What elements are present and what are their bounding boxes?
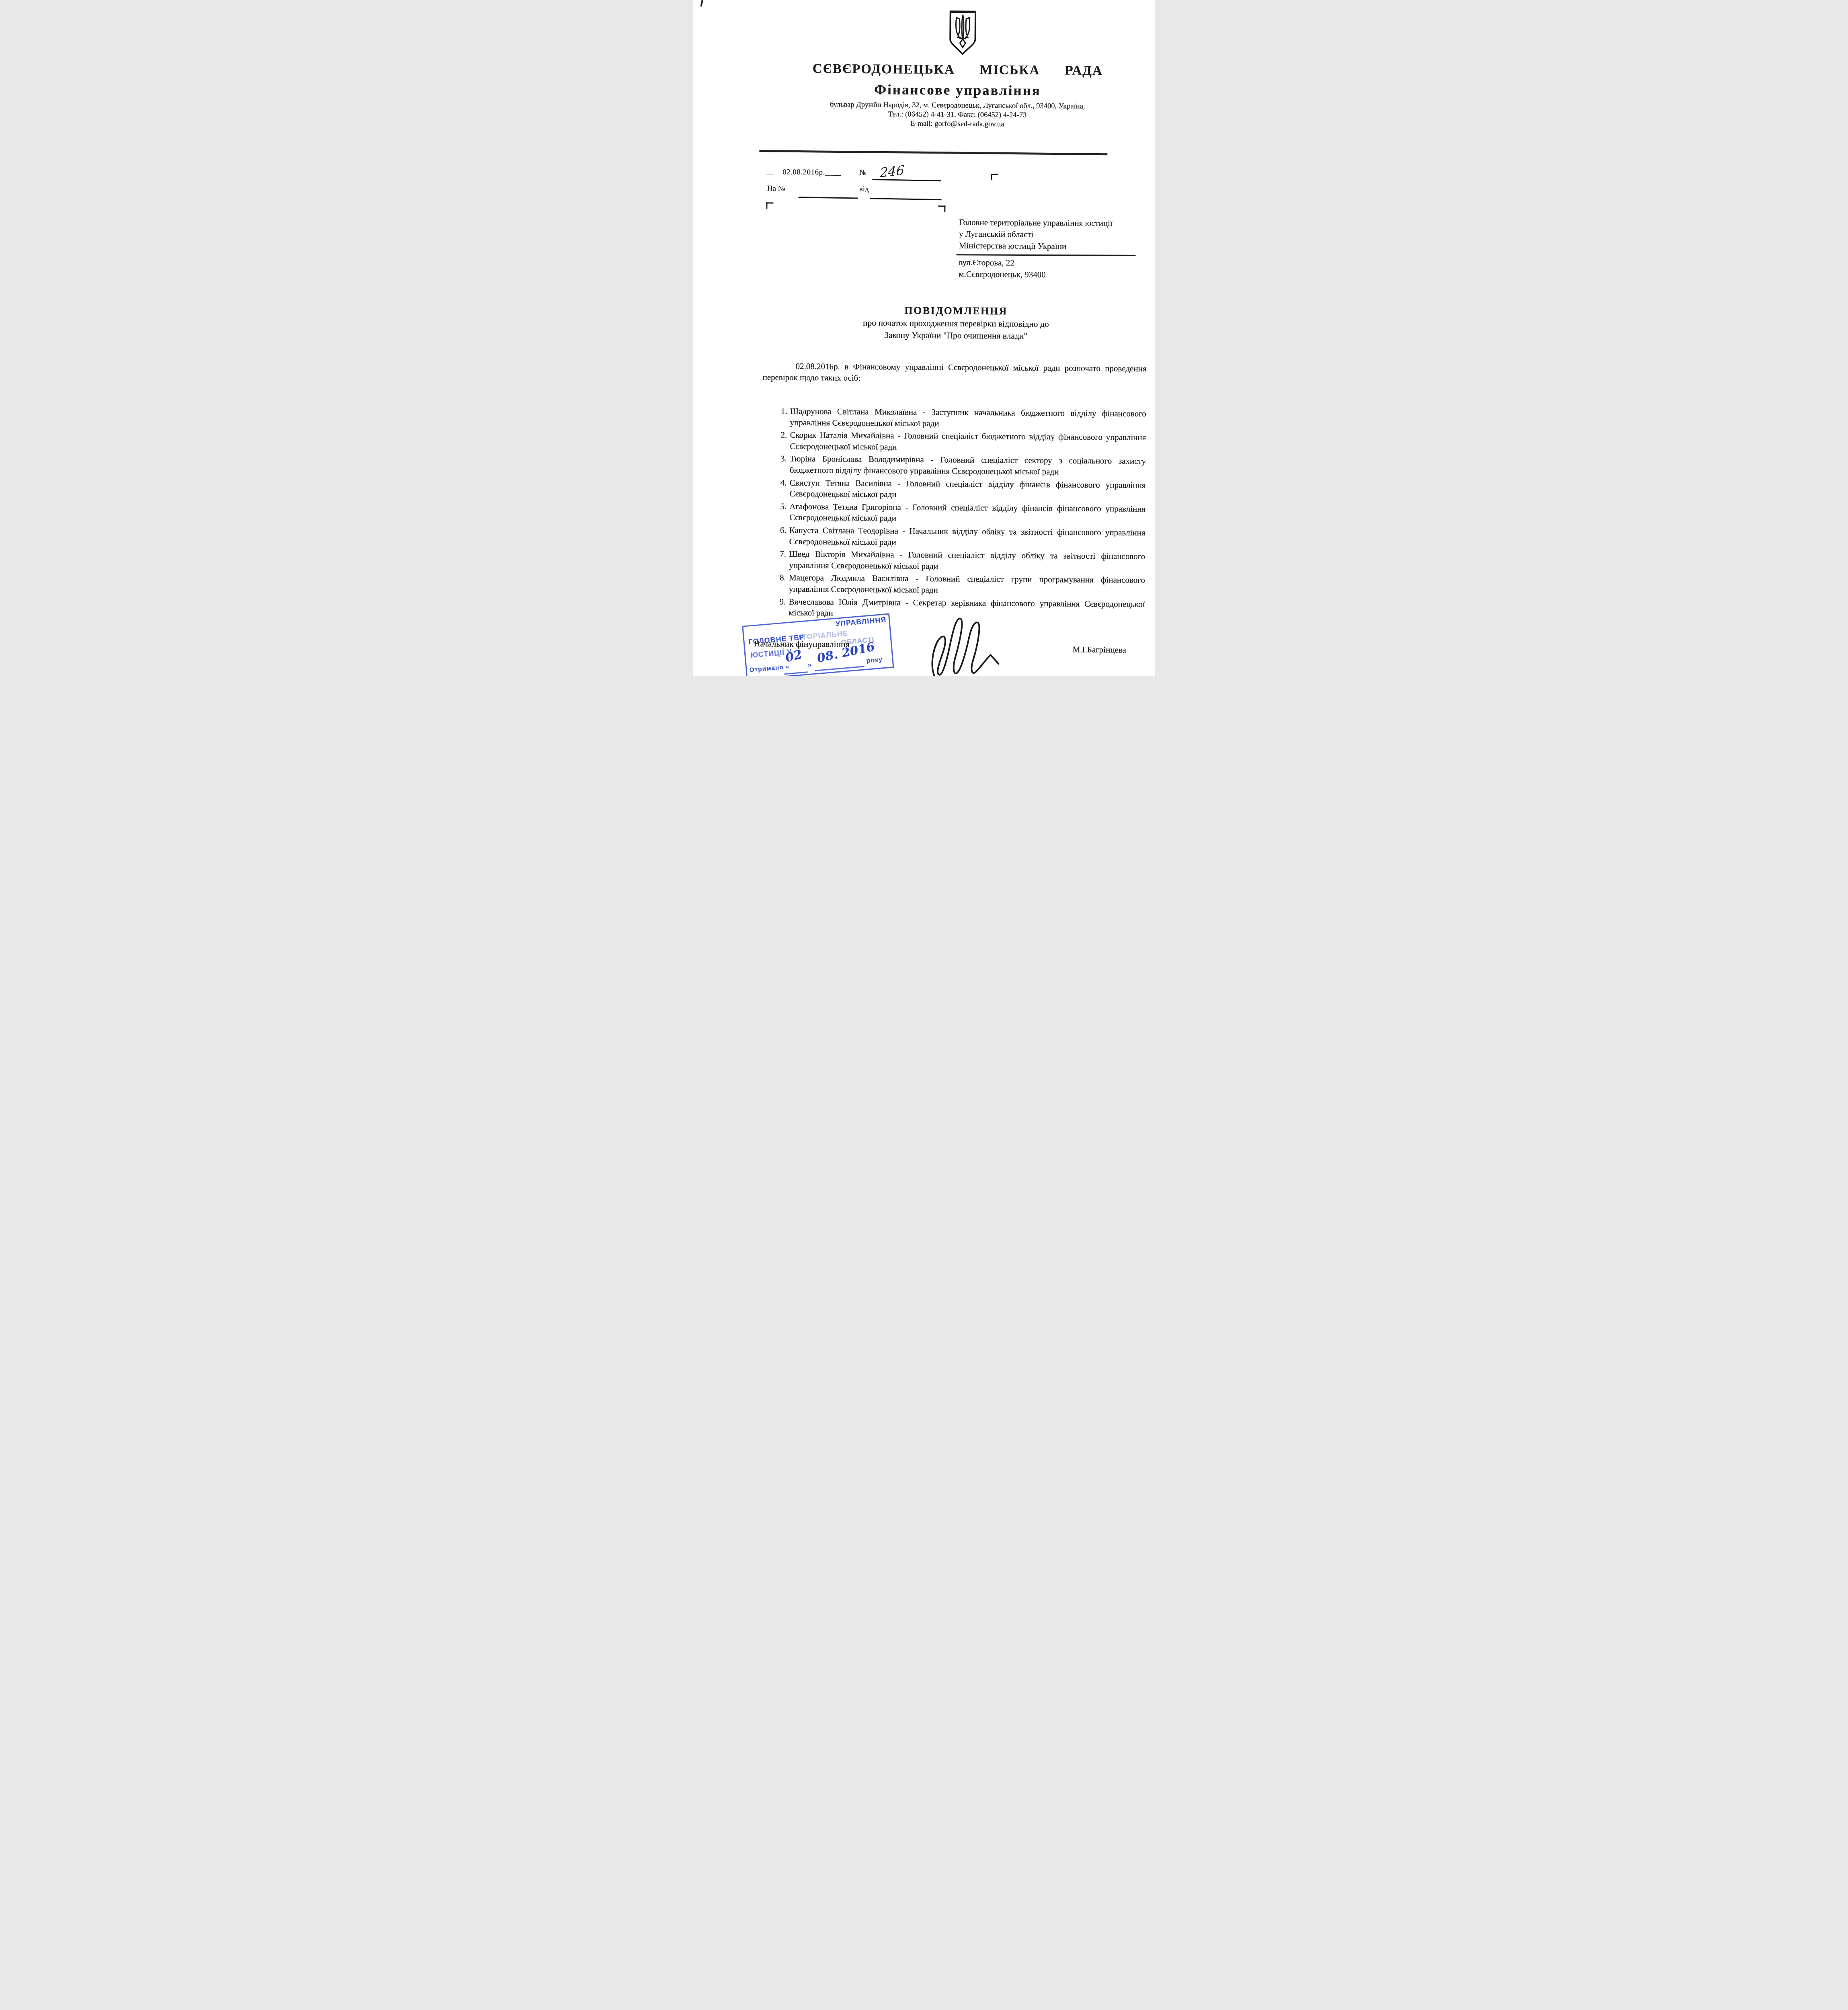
person-list-item: Швед Вікторія Михайлівна - Головний спец… bbox=[788, 549, 1145, 573]
department-name: Фінансове управління bbox=[744, 81, 1155, 100]
trident-emblem-icon bbox=[947, 10, 978, 57]
stamp-year-label: року bbox=[866, 656, 883, 665]
recipient-line-3: Міністерства юстиції України bbox=[959, 241, 1067, 252]
letterhead-divider-rule bbox=[759, 150, 1107, 155]
stamp-quote-close: » bbox=[807, 661, 812, 669]
person-list-item: Мацегора Людмила Василівна - Головний сп… bbox=[788, 572, 1145, 597]
outgoing-date: ____02.08.2016р.____ bbox=[766, 168, 841, 177]
reply-from-label: від bbox=[859, 185, 869, 194]
number-underline bbox=[872, 179, 941, 181]
reply-to-number-label: На № bbox=[767, 184, 785, 193]
recipient-line-2: у Луганській області bbox=[959, 229, 1034, 240]
document-content: СЄВЄРОДОНЕЦЬКА МІСЬКА РАДА Фінансове упр… bbox=[693, 0, 1155, 676]
recipient-underline bbox=[957, 254, 1136, 256]
fold-mark bbox=[991, 174, 998, 180]
scanned-letter-page: СЄВЄРОДОНЕЦЬКА МІСЬКА РАДА Фінансове упр… bbox=[693, 0, 1155, 676]
intro-paragraph: 02.08.2016р. в Фінансовому управлінні Сє… bbox=[762, 361, 1146, 386]
recipient-city: м.Сєвєродонецьк, 93400 bbox=[959, 269, 1046, 280]
person-list-item: Агафонова Тетяна Григорівна - Головний с… bbox=[789, 501, 1145, 525]
signature-scribble bbox=[928, 614, 1001, 676]
reply-number-blank bbox=[799, 197, 858, 199]
org-name: СЄВЄРОДОНЕЦЬКА МІСЬКА РАДА bbox=[745, 61, 1155, 79]
signer-position: Начальник фінуправління bbox=[754, 639, 850, 650]
person-list-item: Капуста Світлана Теодорівна - Начальник … bbox=[788, 525, 1145, 550]
recipient-line-1: Головне територіальне управління юстиції bbox=[959, 217, 1112, 229]
document-subtitle-1: про початок проходження перевірки відпов… bbox=[743, 317, 1155, 330]
person-list-item: Свистун Тетяна Василівна - Головний спец… bbox=[789, 477, 1145, 502]
stamp-date-underline bbox=[815, 666, 865, 671]
reply-date-blank bbox=[870, 198, 942, 200]
person-list-item: Шадрунова Світлана Миколаївна - Заступни… bbox=[789, 406, 1146, 431]
persons-list: Шадрунова Світлана Миколаївна - Заступни… bbox=[761, 406, 1146, 622]
document-title: ПОВІДОМЛЕННЯ bbox=[743, 304, 1155, 318]
handwritten-outgoing-number: 246 bbox=[880, 162, 905, 180]
person-list-item: Скорик Наталія Михайлівна - Головний спе… bbox=[789, 430, 1146, 454]
signer-name: М.І.Багрінцева bbox=[1073, 645, 1126, 655]
stamp-received-label: Отримано « bbox=[749, 663, 790, 674]
document-subtitle-2: Закону України "Про очищення влади" bbox=[743, 329, 1155, 342]
fold-mark bbox=[766, 202, 773, 209]
stamp-day-underline bbox=[785, 671, 808, 675]
stamp-org-fragment-right: УПРАВЛІННЯ bbox=[835, 615, 887, 628]
recipient-street: вул.Єгорова, 22 bbox=[959, 258, 1014, 268]
email-line: E-mail: gorfo@sed-rada.gov.ua bbox=[744, 119, 1155, 130]
fold-mark bbox=[938, 205, 945, 212]
person-list-item: Тюріна Броніслава Володимирівна - Головн… bbox=[789, 453, 1146, 478]
scan-artifact-mark bbox=[700, 0, 703, 6]
number-sign: № bbox=[859, 168, 867, 177]
